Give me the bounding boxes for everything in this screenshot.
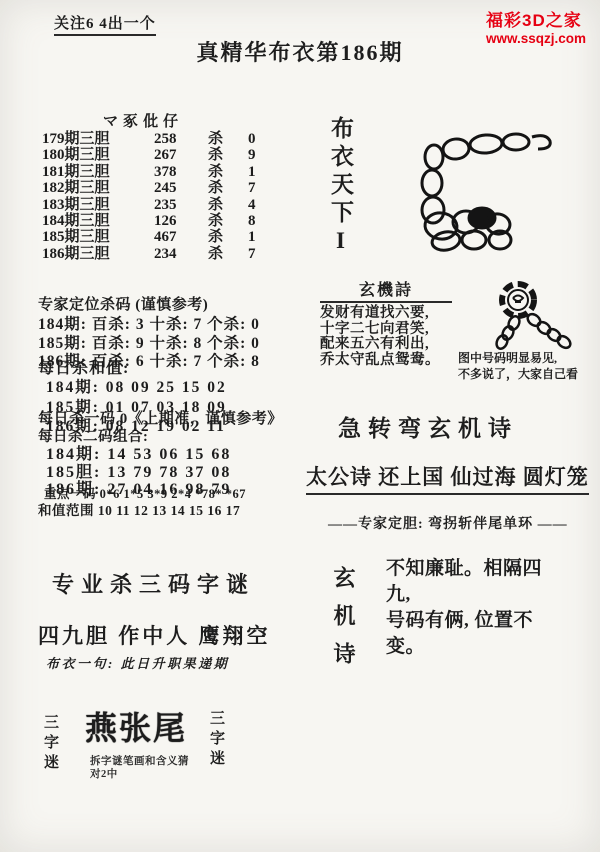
three-word-label-left: 三字迷 bbox=[40, 714, 61, 774]
three-word-note: 拆字谜笔画和含义猜 对2中 bbox=[90, 755, 200, 781]
xuanji-poem-line: 配来五六有利出, bbox=[320, 337, 452, 353]
numbers-cell: 378 bbox=[154, 164, 208, 180]
page-title: 真精华布衣第186期 bbox=[0, 36, 600, 67]
daily-sum-kill-header: 每日杀和值: bbox=[38, 355, 227, 378]
daily-two-kill-row: 184期: 14 53 06 15 68 bbox=[38, 446, 231, 464]
kill-cell: 7 bbox=[248, 246, 256, 262]
numbers-cell: 245 bbox=[154, 180, 208, 196]
position-kill-row: 184期: 百杀: 3 十杀: 7 个杀: 0 bbox=[38, 316, 260, 335]
kill-label-cell: 杀 bbox=[208, 197, 248, 213]
riddle-line: 四九胆 作中人 鹰翔空 bbox=[38, 620, 271, 650]
chain-ring-graphic bbox=[478, 278, 578, 352]
xuanji-shi-line1: 不知廉耻。相隔四九, bbox=[386, 556, 566, 608]
numbers-cell: 258 bbox=[154, 131, 208, 147]
xuanji-poem-line: 十字二七向君笑, bbox=[320, 322, 452, 338]
table-row: 179期三胆 258 杀 0 bbox=[42, 131, 277, 147]
period-cell: 185期三胆 bbox=[42, 229, 154, 245]
table-row: 184期三胆 126 杀 8 bbox=[42, 213, 277, 229]
table-row: 180期三胆 267 杀 9 bbox=[42, 147, 277, 163]
numbers-cell: 267 bbox=[154, 147, 208, 163]
table-row: 186期三胆 234 杀 7 bbox=[42, 246, 277, 262]
dan-history-list: 179期三胆 258 杀 0 180期三胆 267 杀 9 181期三胆 378… bbox=[42, 131, 277, 262]
chain-ring-caption: 图中号码明显易见, 不多说了，大家自己看 bbox=[458, 350, 578, 382]
numbers-cell: 126 bbox=[154, 213, 208, 229]
dan-history-header: マ豖仳仔 bbox=[103, 110, 183, 131]
kill-label-cell: 杀 bbox=[208, 131, 248, 147]
kill-cell: 4 bbox=[248, 197, 256, 213]
kill-cell: 1 bbox=[248, 164, 256, 180]
xuanji-poem-title: 玄機詩 bbox=[320, 277, 452, 303]
period-cell: 182期三胆 bbox=[42, 180, 154, 196]
position-kill-row: 185期: 百杀: 9 十杀: 8 个杀: 0 bbox=[38, 335, 260, 354]
position-kill-header: 专家定位杀码 (谨慎参考) bbox=[38, 293, 260, 314]
chain-ring-caption-line2: 不多说了，大家自己看 bbox=[458, 366, 578, 382]
site-logo-title: 福彩3D之家 bbox=[486, 6, 586, 31]
daily-two-kill-header: 每日杀二码组合: bbox=[38, 425, 231, 446]
kill-label-cell: 杀 bbox=[208, 164, 248, 180]
kill-cell: 7 bbox=[248, 180, 256, 196]
table-row: 181期三胆 378 杀 1 bbox=[42, 164, 277, 180]
xuanji-poem-line: 发财有道找六要, bbox=[320, 306, 452, 322]
three-word-note-line2: 对2中 bbox=[90, 768, 200, 781]
period-cell: 183期三胆 bbox=[42, 197, 154, 213]
buyi-tianxia-title: 布衣天下I bbox=[324, 116, 357, 258]
expert-dan-line: ——专家定胆: 弯拐斩伴尾单环 —— bbox=[328, 513, 568, 533]
daily-sum-kill-row: 184期: 08 09 25 15 02 bbox=[38, 378, 227, 398]
numbers-cell: 467 bbox=[154, 229, 208, 245]
sharp-turn-title: 急转弯玄机诗 bbox=[338, 410, 518, 443]
three-word-label-right: 三字迷 bbox=[206, 710, 227, 770]
kill-cell: 8 bbox=[248, 213, 256, 229]
three-word-note-line1: 拆字谜笔画和含义猜 bbox=[90, 755, 200, 768]
kill-label-cell: 杀 bbox=[208, 213, 248, 229]
numbers-cell: 235 bbox=[154, 197, 208, 213]
period-cell: 181期三胆 bbox=[42, 164, 154, 180]
kill-label-cell: 杀 bbox=[208, 180, 248, 196]
xuanji-shi-vertical-title: 玄机诗 bbox=[328, 566, 359, 680]
period-cell: 184期三胆 bbox=[42, 213, 154, 229]
kill-label-cell: 杀 bbox=[208, 246, 248, 262]
period-cell: 180期三胆 bbox=[42, 147, 154, 163]
riddle-note: 布衣一句: 此日升职果递期 bbox=[46, 653, 229, 672]
table-row: 182期三胆 245 杀 7 bbox=[42, 180, 277, 196]
xuanji-shi-line2: 号码有俩, 位置不变。 bbox=[386, 608, 566, 660]
numbers-cell: 234 bbox=[154, 246, 208, 262]
sharp-turn-line: 太公诗 还上国 仙过海 圆灯笼 bbox=[306, 461, 589, 495]
sum-range-line: 和值范围 10 11 12 13 14 15 16 17 bbox=[38, 499, 240, 519]
xuanji-poem-section: 玄機詩 发财有道找六要, 十字二七向君笑, 配来五六有利出, 乔太守乱点鸳鸯。 bbox=[320, 277, 452, 368]
daily-two-kill-row: 185胆: 13 79 78 37 08 bbox=[38, 464, 231, 482]
three-word-answer: 燕张尾 bbox=[85, 703, 187, 749]
kill-cell: 9 bbox=[248, 147, 256, 163]
chain-ring-caption-line1: 图中号码明显易见, bbox=[458, 350, 578, 366]
kill-cell: 1 bbox=[248, 229, 256, 245]
xuanji-poem-line: 乔太守乱点鸳鸯。 bbox=[320, 353, 452, 369]
top-left-note: 关注6 4出一个 bbox=[54, 12, 156, 36]
kill-cell: 0 bbox=[248, 131, 256, 147]
table-row: 183期三胆 235 杀 4 bbox=[42, 197, 277, 213]
xuanji-shi-text: 不知廉耻。相隔四九, 号码有俩, 位置不变。 bbox=[386, 556, 566, 660]
period-cell: 179期三胆 bbox=[42, 131, 154, 147]
period-cell: 186期三胆 bbox=[42, 246, 154, 262]
kill-label-cell: 杀 bbox=[208, 147, 248, 163]
table-row: 185期三胆 467 杀 1 bbox=[42, 229, 277, 245]
lottery-tip-sheet: 关注6 4出一个 福彩3D之家 www.ssqzj.com 真精华布衣第186期… bbox=[0, 0, 600, 852]
number-sketch-graphic bbox=[416, 130, 556, 252]
kill-label-cell: 杀 bbox=[208, 229, 248, 245]
riddle-title: 专业杀三码字谜 bbox=[52, 568, 255, 599]
